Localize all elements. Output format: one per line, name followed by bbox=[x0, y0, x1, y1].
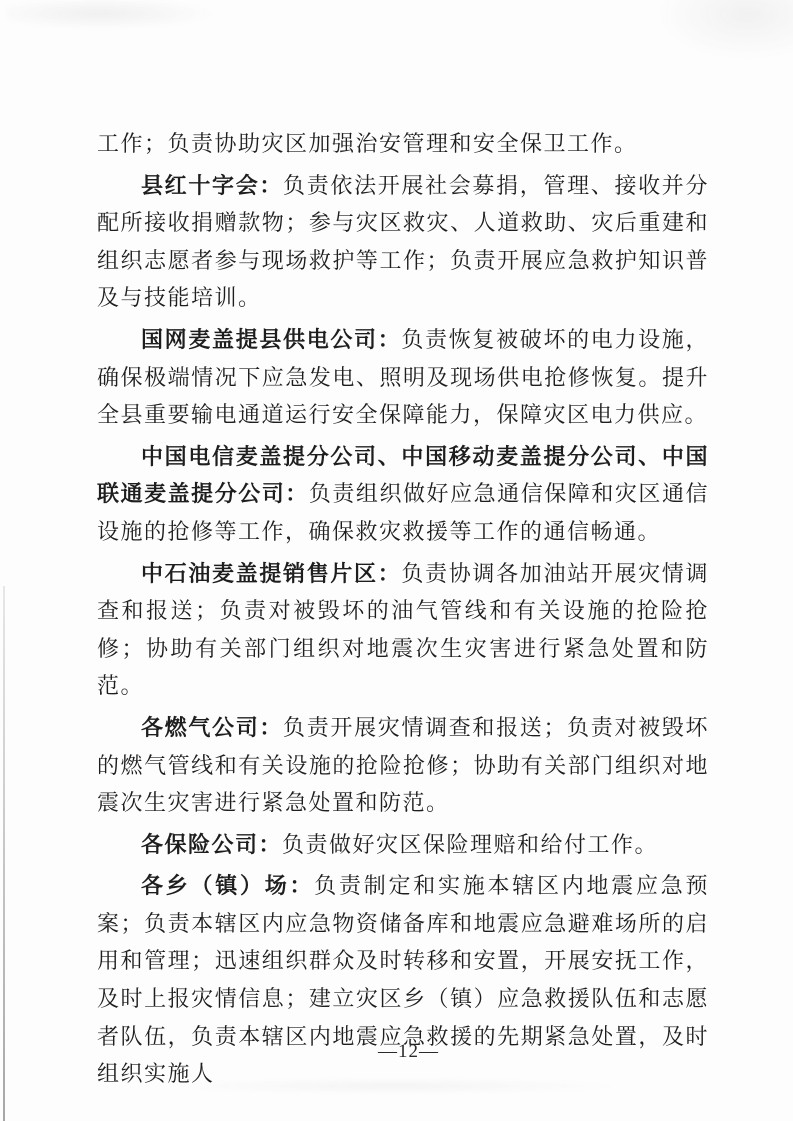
paragraph-lead: 各保险公司： bbox=[141, 832, 282, 857]
scan-smudge-top-left bbox=[6, 0, 216, 30]
paragraph-body: 工作；负责协助灾区加强治安管理和安全保卫工作。 bbox=[97, 131, 638, 156]
paragraph-lead: 国网麦盖提县供电公司： bbox=[141, 327, 401, 352]
page-number: —12— bbox=[12, 1041, 793, 1063]
paragraph-gas-companies: 各燃气公司：负责开展灾情调查和报送；负责对被毁坏的燃气管线和有关设施的抢险抢修；… bbox=[97, 709, 709, 822]
paragraph-insurance-companies: 各保险公司：负责做好灾区保险理赔和给付工作。 bbox=[97, 826, 709, 864]
scan-edge-line-left bbox=[3, 586, 5, 1121]
paragraph-lead: 中石油麦盖提销售片区： bbox=[141, 561, 401, 586]
paragraph-county-red-cross: 县红十字会：负责依法开展社会募捐，管理、接收并分配所接收捐赠款物；参与灾区救灾、… bbox=[97, 167, 709, 317]
scan-smudge-top-right bbox=[657, 0, 793, 60]
paragraph-continuation: 工作；负责协助灾区加强治安管理和安全保卫工作。 bbox=[97, 125, 709, 163]
paragraph-lead: 各燃气公司： bbox=[141, 715, 283, 740]
paragraph-lead: 各乡（镇）场： bbox=[141, 873, 314, 898]
paragraph-state-grid-power-company: 国网麦盖提县供电公司：负责恢复被破坏的电力设施，确保极端情况下应急发电、照明及现… bbox=[97, 321, 709, 434]
paragraph-petrochina-sales-district: 中石油麦盖提销售片区：负责协调各加油站开展灾情调查和报送；负责对被毁坏的油气管线… bbox=[97, 555, 709, 705]
document-page: 工作；负责协助灾区加强治安管理和安全保卫工作。 县红十字会：负责依法开展社会募捐… bbox=[0, 0, 793, 1121]
paragraph-lead: 县红十字会： bbox=[141, 173, 283, 198]
paragraph-telecom-companies: 中国电信麦盖提分公司、中国移动麦盖提分公司、中国联通麦盖提分公司：负责组织做好应… bbox=[97, 438, 709, 551]
paragraph-body: 负责做好灾区保险理赔和给付工作。 bbox=[282, 832, 658, 857]
document-text-block: 工作；负责协助灾区加强治安管理和安全保卫工作。 县红十字会：负责依法开展社会募捐… bbox=[97, 125, 709, 1097]
